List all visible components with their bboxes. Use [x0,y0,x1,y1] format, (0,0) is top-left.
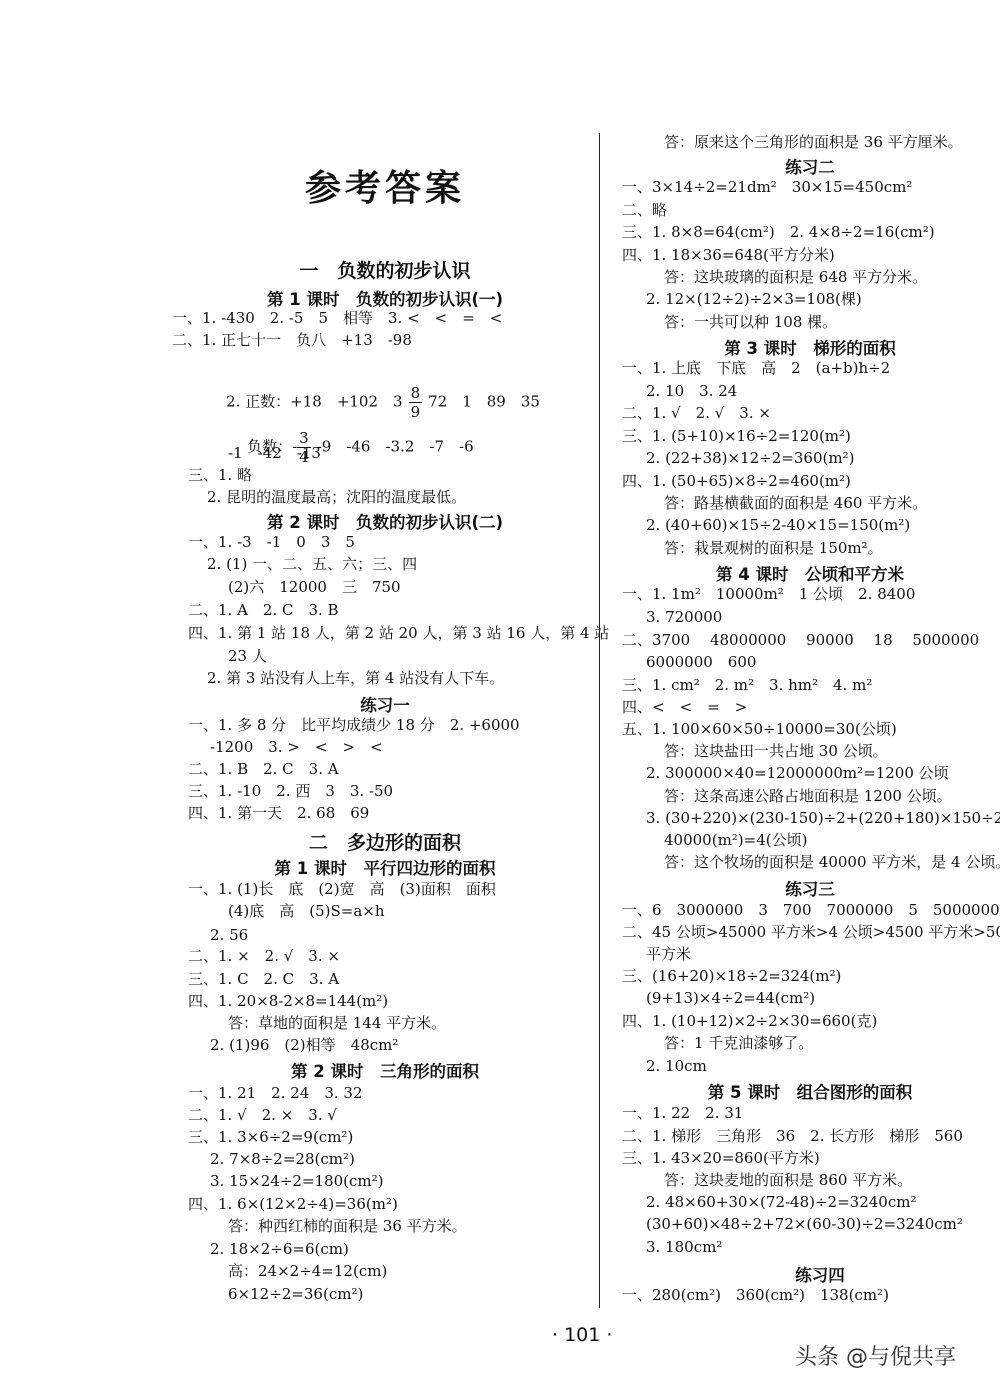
answer-line: 2. 第 3 站没有人上车，第 4 站没有人下车。 [207,668,504,688]
watermark: 头条 @与倪共享 [795,1340,956,1371]
answer-line: 三、1. (5+10)×16÷2=120(m²) [622,426,851,446]
answer-text: 72 1 89 35 [428,393,540,411]
answer-line: 答：这条高速公路占地面积是 1200 公顷。 [664,786,952,806]
answer-line: 三、1. 略 [188,465,252,485]
answer-line: 2. (1)96 (2)相等 48cm² [210,1035,398,1055]
answer-line: 6×12÷2=36(cm²) [228,1284,363,1304]
lesson-heading: 第 4 课时 公顷和平方米 [600,561,1000,585]
lesson-heading: 第 1 课时 负数的初步认识(一) [200,286,570,310]
column-divider [599,133,600,1308]
answer-line: -1200 3. > < > < [210,737,383,757]
lesson-heading: 第 3 课时 梯形的面积 [600,335,1000,359]
answer-line: 一、1. 22 2. 31 [622,1103,743,1123]
answer-line: 三、1. cm² 2. m² 3. hm² 4. m² [622,675,872,695]
answer-line: 一、1. -430 2. -5 5 相等 3. < < = < [172,308,502,328]
answer-line: 40000(m²)=4(公顷) [664,830,807,850]
answer-line: 四、1. 第 1 站 18 人，第 2 站 20 人，第 3 站 16 人，第 … [188,623,609,643]
answer-line: 二、1. B 2. C 3. A [188,759,339,779]
answer-line: 3. 15×24÷2=180(cm²) [210,1171,383,1191]
exercise-heading: 练习二 [600,154,1000,178]
answer-line: 3. (30+220)×(230-150)÷2+(220+180)×150÷2= [646,808,1000,828]
answer-line: 答：草地的面积是 144 平方米。 [228,1013,446,1033]
answer-line: 2. 48×60+30×(72-48)÷2=3240cm² [646,1192,916,1212]
answer-line: 二、1. × 2. √ 3. × [188,946,340,966]
answer-line: 答：种西红柿的面积是 36 平方米。 [228,1216,467,1236]
answer-line: 2. 7×8÷2=28(cm²) [210,1149,355,1169]
answer-line: 三、1. C 2. C 3. A [188,969,339,989]
answer-line: 四、< < = > [622,697,747,717]
answer-line: 2. 12×(12÷2)÷2×3=108(棵) [646,289,862,309]
answer-line: 2. (1) 一、二、五、六；三、四 [207,554,417,574]
answer-line: 四、1. 20×8-2×8=144(m²) [188,991,388,1011]
answer-line: 答：这个牧场的面积是 40000 平方米，是 4 公顷。 [664,852,1000,872]
answer-line: 二、1. √ 2. × 3. √ [188,1105,337,1125]
lesson-heading: 第 2 课时 三角形的面积 [200,1058,570,1082]
unit-1-heading: 一 负数的初步认识 [220,256,550,283]
answer-line: 一、6 3000000 3 700 7000000 5 5000000 [622,900,1000,920]
answer-line: 二、1. 正七十一 负八 +13 -98 [172,330,412,350]
answer-line: 答：1 千克油漆够了。 [664,1033,813,1053]
lesson-heading: 第 1 课时 平行四边形的面积 [200,855,570,879]
answer-line: 2. 昆明的温度最高；沈阳的温度最低。 [207,487,466,507]
answer-line: (30+60)×48÷2+72×(60-30)÷2=3240cm² [646,1214,963,1234]
answer-line: 二、略 [622,200,667,220]
answer-line: 四、1. 第一天 2. 68 69 [188,803,369,823]
answer-line: 2. (22+38)×12÷2=360(m²) [646,448,854,468]
answer-line: 2. 300000×40=12000000m²=1200 公顷 [646,763,949,783]
answer-line: 答：这块盐田一共占地 30 公顷。 [664,741,888,761]
answer-line: 答：这块玻璃的面积是 648 平方分米。 [664,267,927,287]
answer-line: 二、3700 48000000 90000 18 5000000 5 [622,630,1000,650]
answer-line: 2. (40+60)×15÷2-40×15=150(m²) [646,515,910,535]
page-number: · 101 · [552,1324,612,1346]
answer-line: -1 -42 -13 [228,443,321,463]
answer-line: 平方米 [646,944,691,964]
answer-line: 6000000 600 [646,652,756,672]
answer-line: 四、1. (50+65)×8÷2=460(m²) [622,471,851,491]
answer-line: 2. 56 [210,925,248,945]
answer-line: 三、1. -10 2. 西 3 3. -50 [188,781,393,801]
exercise-heading: 练习一 [200,692,570,716]
answer-line: 2. 10 3. 24 [646,381,737,401]
answer-line: 一、3×14÷2=21dm² 30×15=450cm² [622,177,912,197]
answer-line: 三、1. 3×6÷2=9(cm²) [188,1127,353,1147]
unit-2-heading: 二 多边形的面积 [220,828,550,855]
answer-line: 二、1. 梯形 三角形 36 2. 长方形 梯形 560 [622,1126,963,1146]
answer-line: 三、1. 43×20=860(平方米) [622,1148,820,1168]
answer-line: 答：栽景观树的面积是 150m²。 [664,538,883,558]
answer-line: 23 人 [228,646,267,666]
answer-line: 答：一共可以种 108 棵。 [664,312,837,332]
answer-line: 答：路基横截面的面积是 460 平方米。 [664,493,927,513]
answer-line: 答：这块麦地的面积是 860 平方米。 [664,1170,912,1190]
answer-line: 高：24×2÷4=12(cm) [228,1261,387,1281]
answer-line: 一、1. 1m² 10000m² 1 公顷 2. 8400 [622,584,915,604]
answer-line: 一、1. 上底 下底 高 2 (a+b)h÷2 [622,358,890,378]
answer-line: (9+13)×4÷2=44(cm²) [646,988,815,1008]
answer-line: 二、45 公顷>45000 平方米>4 公顷>4500 平方米>500 [622,922,1000,942]
page-title: 参考答案 [220,160,550,211]
answer-text: 2. 正数：+18 +102 3 [226,393,402,411]
exercise-heading: 练习四 [600,1262,1000,1286]
answer-line: (2)六 12000 三 750 [228,577,401,597]
lesson-heading: 第 5 课时 组合图形的面积 [600,1079,1000,1103]
answer-line: 3. 180cm² [646,1237,722,1257]
answer-line: 二、1. √ 2. √ 3. × [622,403,771,423]
lesson-heading: 第 2 课时 负数的初步认识(二) [200,509,570,533]
answer-line: 一、280(cm²) 360(cm²) 138(cm²) [622,1285,889,1305]
answer-text: -9 -46 -3.2 -7 -6 [317,438,474,456]
answer-line: 三、(16+20)×18÷2=324(m²) [622,966,841,986]
answer-line: 一、1. 21 2. 24 3. 32 [188,1083,363,1103]
answer-line: 三、1. 8×8=64(cm²) 2. 4×8÷2=16(cm²) [622,222,935,242]
answer-line: 2. 10cm [646,1056,707,1076]
answer-line: 3. 720000 [646,607,722,627]
answer-line: 2. 18×2÷6=6(cm) [210,1239,349,1259]
answer-line: 一、1. 多 8 分 比平均成绩少 18 分 2. +6000 [188,715,520,735]
answer-line: (4)底 高 (5)S=a×h [228,901,385,921]
answer-line: 一、1. -3 -1 0 3 5 [188,532,355,552]
answer-line: 答：原来这个三角形的面积是 36 平方厘米。 [664,132,963,152]
exercise-heading: 练习三 [600,876,1000,900]
answer-line: 二、1. A 2. C 3. B [188,600,339,620]
answer-line: 四、1. (10+12)×2÷2×30=660(克) [622,1011,877,1031]
answer-line: 五、1. 100×60×50÷10000=30(公顷) [622,719,897,739]
answer-line: 一、1. (1)长 底 (2)宽 高 (3)面积 面积 [188,879,496,899]
answer-line: 四、1. 18×36=648(平方分米) [622,245,835,265]
answer-line: 四、1. 6×(12×2÷4)=36(m²) [188,1194,398,1214]
